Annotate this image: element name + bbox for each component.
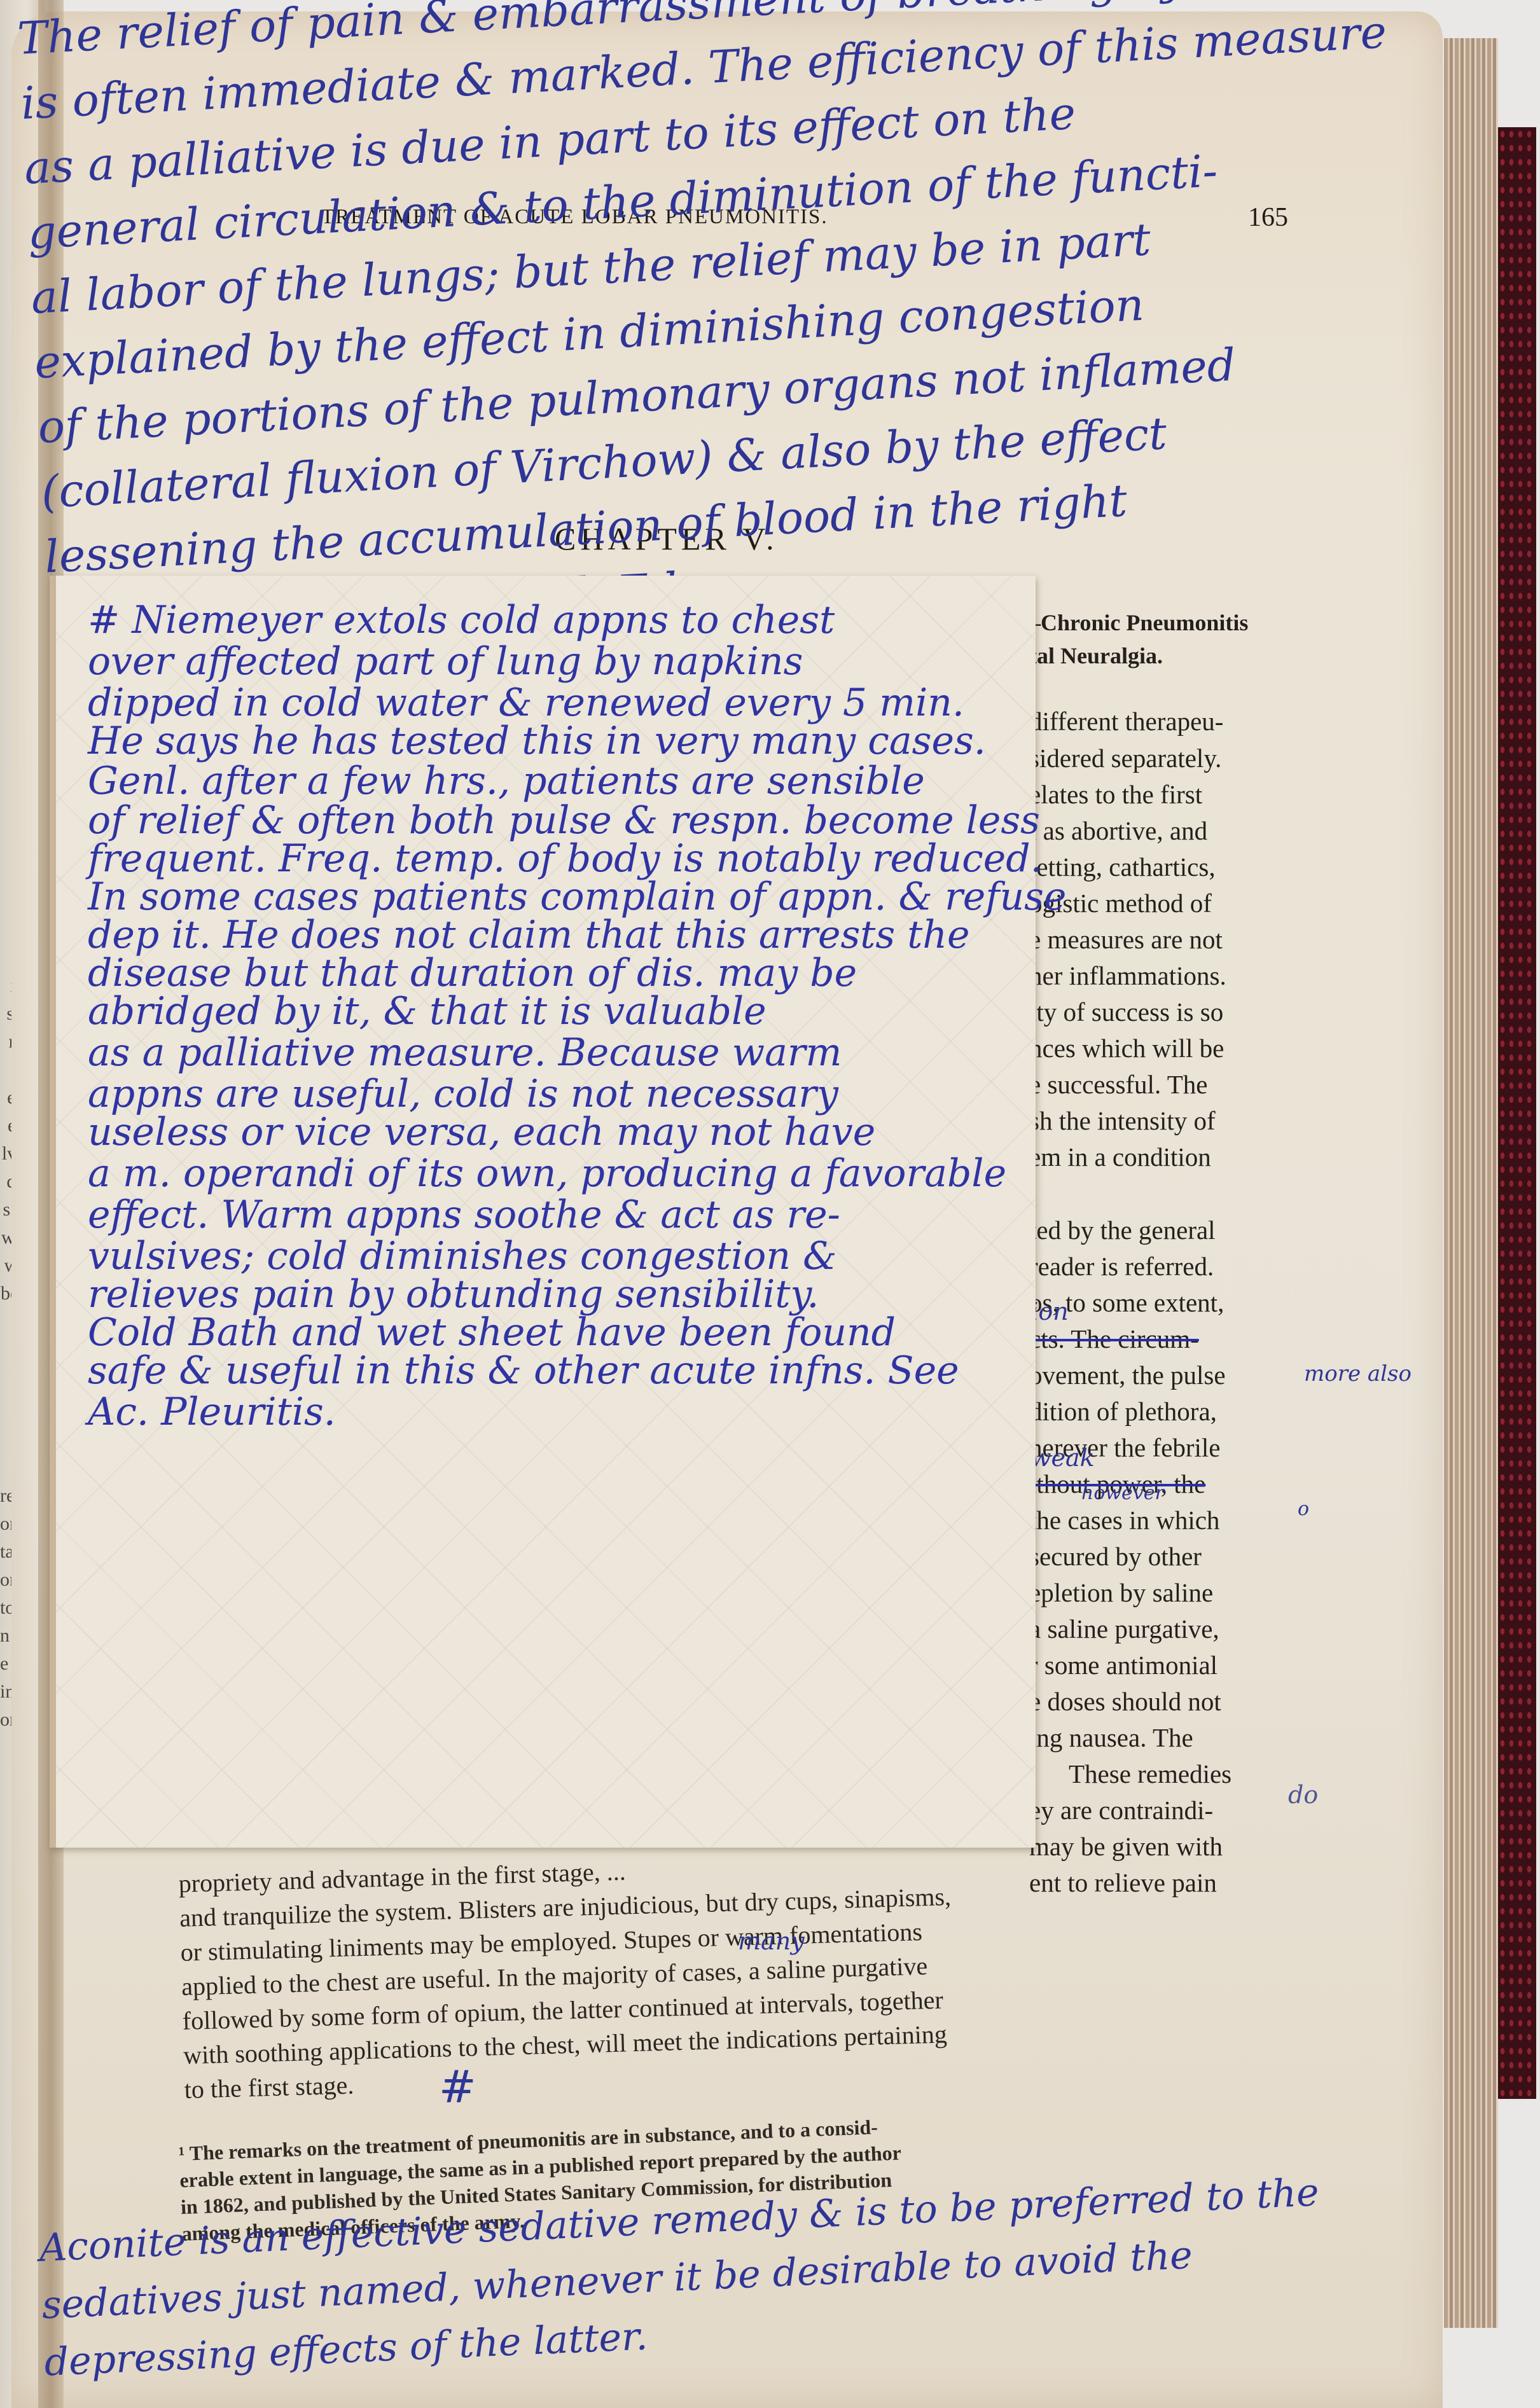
body-line: These remedies (1069, 1759, 1231, 1789)
body-line: different therapeu- (1029, 706, 1223, 737)
body-line: e successful. The (1029, 1069, 1207, 1100)
note-line: over affected part of lung by napkins (88, 639, 803, 684)
body-line: a saline purgative, (1029, 1614, 1219, 1644)
body-line: dition of plethora, (1029, 1396, 1217, 1427)
body-line: e doses should not (1029, 1686, 1221, 1717)
body-line: ing nausea. The (1029, 1722, 1193, 1753)
note-line: Ac. Pleuritis. (88, 1390, 336, 1434)
book-cover (1498, 127, 1536, 2099)
note-line: effect. Warm appns soothe & act as re- (88, 1193, 840, 1237)
margin-do-mark: do (1288, 1781, 1318, 1809)
body-line: ovement, the pulse (1029, 1360, 1226, 1390)
chapter-subtitle-line: –Chronic Pneumonitis (1029, 609, 1248, 636)
body-line-struck: cts. The circum- (1029, 1324, 1199, 1354)
note-line: safe & useful in this & other acute infn… (88, 1348, 959, 1393)
top-handwritten-note: The relief of pain & embarrassment of br… (16, 0, 1415, 654)
body-line: em in a condition (1029, 1142, 1211, 1172)
body-line: l as abortive, and (1029, 815, 1207, 846)
body-line: elates to the first (1029, 779, 1202, 810)
body-line: r some antimonial (1029, 1650, 1217, 1680)
body-line: e measures are not (1029, 924, 1223, 955)
body-line: ey are contraindi- (1029, 1795, 1213, 1825)
note-line: a m. operandi of its own, producing a fa… (88, 1151, 1006, 1196)
margin-note-however: however (1081, 1482, 1164, 1504)
body-line: ted by the general (1029, 1215, 1216, 1245)
note-line: as a palliative measure. Because warm (88, 1030, 842, 1075)
body-line: nces which will be (1029, 1033, 1224, 1063)
body-line: sh the intensity of (1029, 1105, 1216, 1136)
body-line: reader is referred. (1029, 1251, 1214, 1282)
bottom-paragraph: propriety and advantage in the first sta… (178, 1836, 1291, 2107)
note-line: abridged by it, & that it is valuable (88, 989, 767, 1034)
margin-note-more-also: more also (1304, 1361, 1412, 1387)
body-line: epletion by saline (1029, 1577, 1213, 1608)
body-line: ity of success is so (1029, 997, 1223, 1027)
margin-note-many: many (738, 1927, 805, 1955)
margin-note-weak: weak (1030, 1444, 1095, 1472)
note-line: # Niemeyer extols cold appns to chest (88, 598, 835, 642)
note-line: He says he has tested this in very many … (88, 719, 986, 763)
note-line: useless or vice versa, each may not have (88, 1110, 875, 1154)
hash-mark: # (439, 2061, 476, 2113)
body-line: ner inflammations. (1029, 960, 1226, 991)
chapter-subtitle-line: tal Neuralgia. (1029, 642, 1163, 669)
page-edges (1444, 38, 1498, 2328)
margin-circle-mark: o (1298, 1498, 1309, 1520)
body-line: the cases in which (1029, 1505, 1219, 1535)
note-line: Genl. after a few hrs., patients are sen… (88, 759, 925, 803)
pasted-note-card: # Niemeyer extols cold appns to chest ov… (50, 576, 1036, 1848)
body-line: sidered separately. (1029, 743, 1221, 773)
body-line: secured by other (1029, 1541, 1202, 1572)
